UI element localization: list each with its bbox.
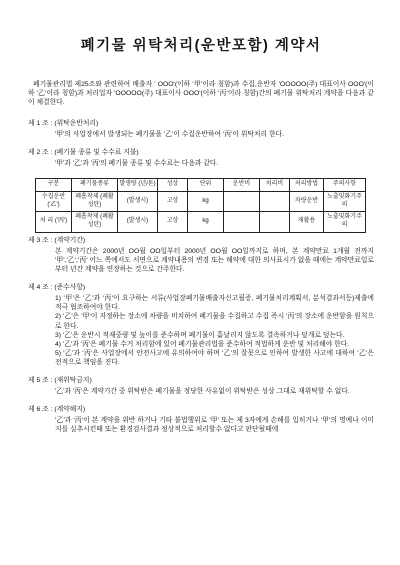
article-5: 제 5 조 : (재위탁금지) '乙'과 '丙'은 계약기간 중 위탁받은 폐기… [28, 377, 374, 396]
article-1-body: '甲'의 사업장에서 발생되는 폐기물을 '乙'이 수집운반하여 '丙'이 위탁… [28, 130, 374, 139]
article-3-body: 본 계약기간은 2000년 OO월 OO일부터 2000년 OO월 OO일까지로… [28, 247, 374, 274]
article-1-heading: 제 1 조 : (위탁운반처리) [28, 120, 374, 129]
document-content: 폐기물 위탁처리(운반포함) 계약서 폐기물관리법 제25조와 관련하여 배출자… [0, 0, 400, 434]
table-row: 수집운반 ('乙') 폐흡착제 (폐활성탄) (발생시) 고상 kg 차량운반 … [36, 191, 366, 212]
table-cell: 처 리 ('丙') [36, 212, 72, 233]
article-6-paragraph: '乙'과 '丙'이 본 계약을 위반 하거나 기타 불법행위로 '甲' 또는 제… [55, 416, 374, 434]
article-6: 제 6 조 : (계약해지) '乙'과 '丙'이 본 계약을 위반 하거나 기타… [28, 406, 374, 434]
table-header-row: 구분 폐기물종류 발생량 (년/톤) 성상 단위 운반비 처리비 처리방법 주의… [36, 179, 366, 192]
table-header-cell-processing-fee: 처리비 [260, 179, 290, 192]
table-cell: 노출및화기주의 [324, 212, 366, 233]
contract-document-page: 폐기물 위탁처리(운반포함) 계약서 폐기물관리법 제25조와 관련하여 배출자… [0, 0, 400, 565]
article-4-body: 1) '甲'은 '乙'과 '丙'이 요구하는 서류(사업장폐기물배출자신고필증,… [28, 294, 374, 367]
table-header-cell-state: 성상 [158, 179, 188, 192]
article-3-heading: 제 3 조 : (계약기간) [28, 237, 374, 246]
table-header-cell-caution: 주의사항 [324, 179, 366, 192]
table-cell: 폐흡착제 (폐활성탄) [72, 212, 118, 233]
table-header-cell-gubun: 구분 [36, 179, 72, 192]
table-cell: 재활용 [290, 212, 324, 233]
table-header-cell-unit: 단위 [188, 179, 224, 192]
table-cell: 고상 [158, 191, 188, 212]
article-1-paragraph: '甲'의 사업장에서 발생되는 폐기물을 '乙'이 수집운반하여 '丙'이 위탁… [55, 130, 374, 139]
table-cell: kg [188, 191, 224, 212]
table-header-cell-amount: 발생량 (년/톤) [118, 179, 158, 192]
article-2-paragraph: '甲'과 '乙'과 '丙'의 폐기물 종류 및 수수료는 다음과 같다. [55, 159, 374, 168]
document-title: 폐기물 위탁처리(운반포함) 계약서 [28, 34, 374, 55]
waste-fee-table: 구분 폐기물종류 발생량 (년/톤) 성상 단위 운반비 처리비 처리방법 주의… [35, 178, 366, 233]
table-header-cell-transport-fee: 운반비 [224, 179, 260, 192]
intro-paragraph: 폐기물관리법 제25조와 관련하여 배출자 ' OOO'(이하 '甲'이라 칭함… [28, 81, 374, 108]
table-cell: kg [188, 212, 224, 233]
table-cell: (발생시) [118, 191, 158, 212]
article-4-heading: 제 4 조 : (준수사항) [28, 284, 374, 293]
table-cell [260, 212, 290, 233]
article-4: 제 4 조 : (준수사항) 1) '甲'은 '乙'과 '丙'이 요구하는 서류… [28, 284, 374, 367]
article-1: 제 1 조 : (위탁운반처리) '甲'의 사업장에서 발생되는 폐기물을 '乙… [28, 120, 374, 139]
article-4-item-4: 4) '乙'과 '丙'은 폐기물 수거 처리함에 있어 폐기물관리법을 준수하여… [55, 340, 374, 349]
article-5-body: '乙'과 '丙'은 계약기간 중 위탁받은 폐기물을 정당한 사유없이 위탁받은… [28, 387, 374, 396]
article-2: 제 2 조 : (폐기물 종류 및 수수료 지불) '甲'과 '乙'과 '丙'의… [28, 149, 374, 168]
table-cell [224, 212, 260, 233]
table-cell: 고상 [158, 212, 188, 233]
table-cell: 차량운반 [290, 191, 324, 212]
article-6-heading: 제 6 조 : (계약해지) [28, 406, 374, 415]
table-cell: (발생시) [118, 212, 158, 233]
table-cell [260, 191, 290, 212]
article-4-item-2: 2) '乙'은 '甲'이 지정하는 장소에 차량을 비치하여 폐기물을 수집하고… [55, 312, 374, 330]
article-5-paragraph: '乙'과 '丙'은 계약기간 중 위탁받은 폐기물을 정당한 사유없이 위탁받은… [55, 387, 374, 396]
table-cell: 노출및화기주의 [324, 191, 366, 212]
article-6-body: '乙'과 '丙'이 본 계약을 위반 하거나 기타 불법행위로 '甲' 또는 제… [28, 416, 374, 434]
article-4-item-5: 5) '乙'과 '丙'은 사업장에서 안전사고에 유의하여야 하며 '乙'의 잘… [55, 349, 374, 367]
table-row: 처 리 ('丙') 폐흡착제 (폐활성탄) (발생시) 고상 kg 재활용 노출… [36, 212, 366, 233]
article-3: 제 3 조 : (계약기간) 본 계약기간은 2000년 OO월 OO일부터 2… [28, 237, 374, 274]
table-cell [224, 191, 260, 212]
table-cell: 폐흡착제 (폐활성탄) [72, 191, 118, 212]
article-4-item-1: 1) '甲'은 '乙'과 '丙'이 요구하는 서류(사업장폐기물배출자신고필증,… [55, 294, 374, 312]
table-cell: 수집운반 ('乙') [36, 191, 72, 212]
table-header-cell-method: 처리방법 [290, 179, 324, 192]
table-header-cell-kind: 폐기물종류 [72, 179, 118, 192]
article-5-heading: 제 5 조 : (재위탁금지) [28, 377, 374, 386]
article-2-heading: 제 2 조 : (폐기물 종류 및 수수료 지불) [28, 149, 374, 158]
article-4-item-3: 3) '乙'은 운반시 적재중량 및 높이를 준수하며 폐기물이 흩날리지 않도… [55, 331, 374, 340]
article-3-paragraph: 본 계약기간은 2000년 OO월 OO일부터 2000년 OO월 OO일까지로… [55, 247, 374, 274]
article-2-body: '甲'과 '乙'과 '丙'의 폐기물 종류 및 수수료는 다음과 같다. [28, 159, 374, 168]
